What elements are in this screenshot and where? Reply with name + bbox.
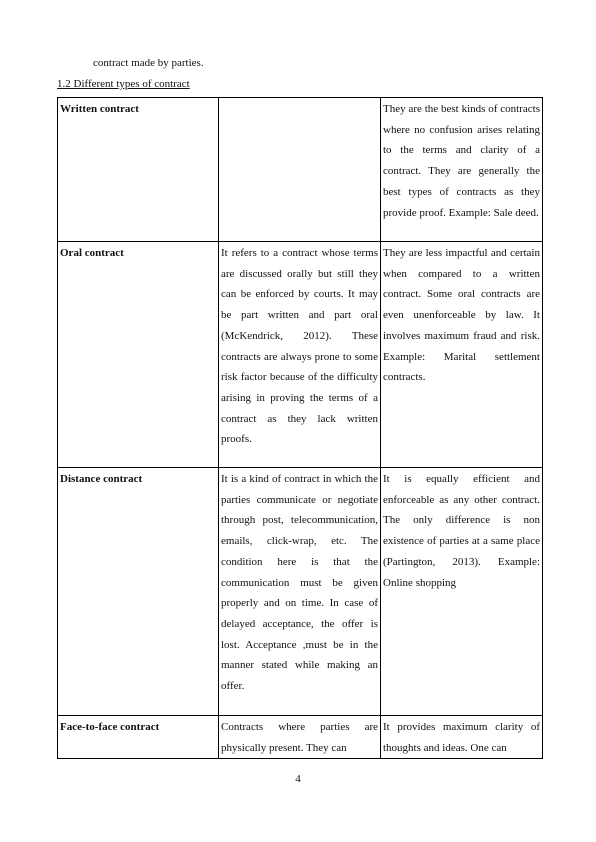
table-row: Distance contract It is a kind of contra… [58,468,543,716]
contract-type-cell: Face-to-face contract [58,716,219,759]
table-row: Face-to-face contract Contracts where pa… [58,716,543,759]
description-cell: Contracts where parties are physically p… [219,716,381,759]
table-row: Written contract They are the best kinds… [58,98,543,242]
contract-type-cell: Oral contract [58,242,219,468]
remarks-cell: They are the best kinds of contracts whe… [381,98,543,242]
description-cell: It refers to a contract whose terms are … [219,242,381,468]
contract-type-cell: Written contract [58,98,219,242]
description-cell: It is a kind of contract in which the pa… [219,468,381,716]
table-row: Oral contract It refers to a contract wh… [58,242,543,468]
remarks-cell: It is equally efficient and enforceable … [381,468,543,716]
page-number: 4 [0,772,596,786]
contract-type-cell: Distance contract [58,468,219,716]
section-heading: 1.2 Different types of contract [57,77,190,91]
remarks-cell: It provides maximum clarity of thoughts … [381,716,543,759]
contract-types-table: Written contract They are the best kinds… [57,97,543,759]
intro-text: contract made by parties. [93,56,204,70]
remarks-cell: They are less impactful and certain when… [381,242,543,468]
description-cell [219,98,381,242]
